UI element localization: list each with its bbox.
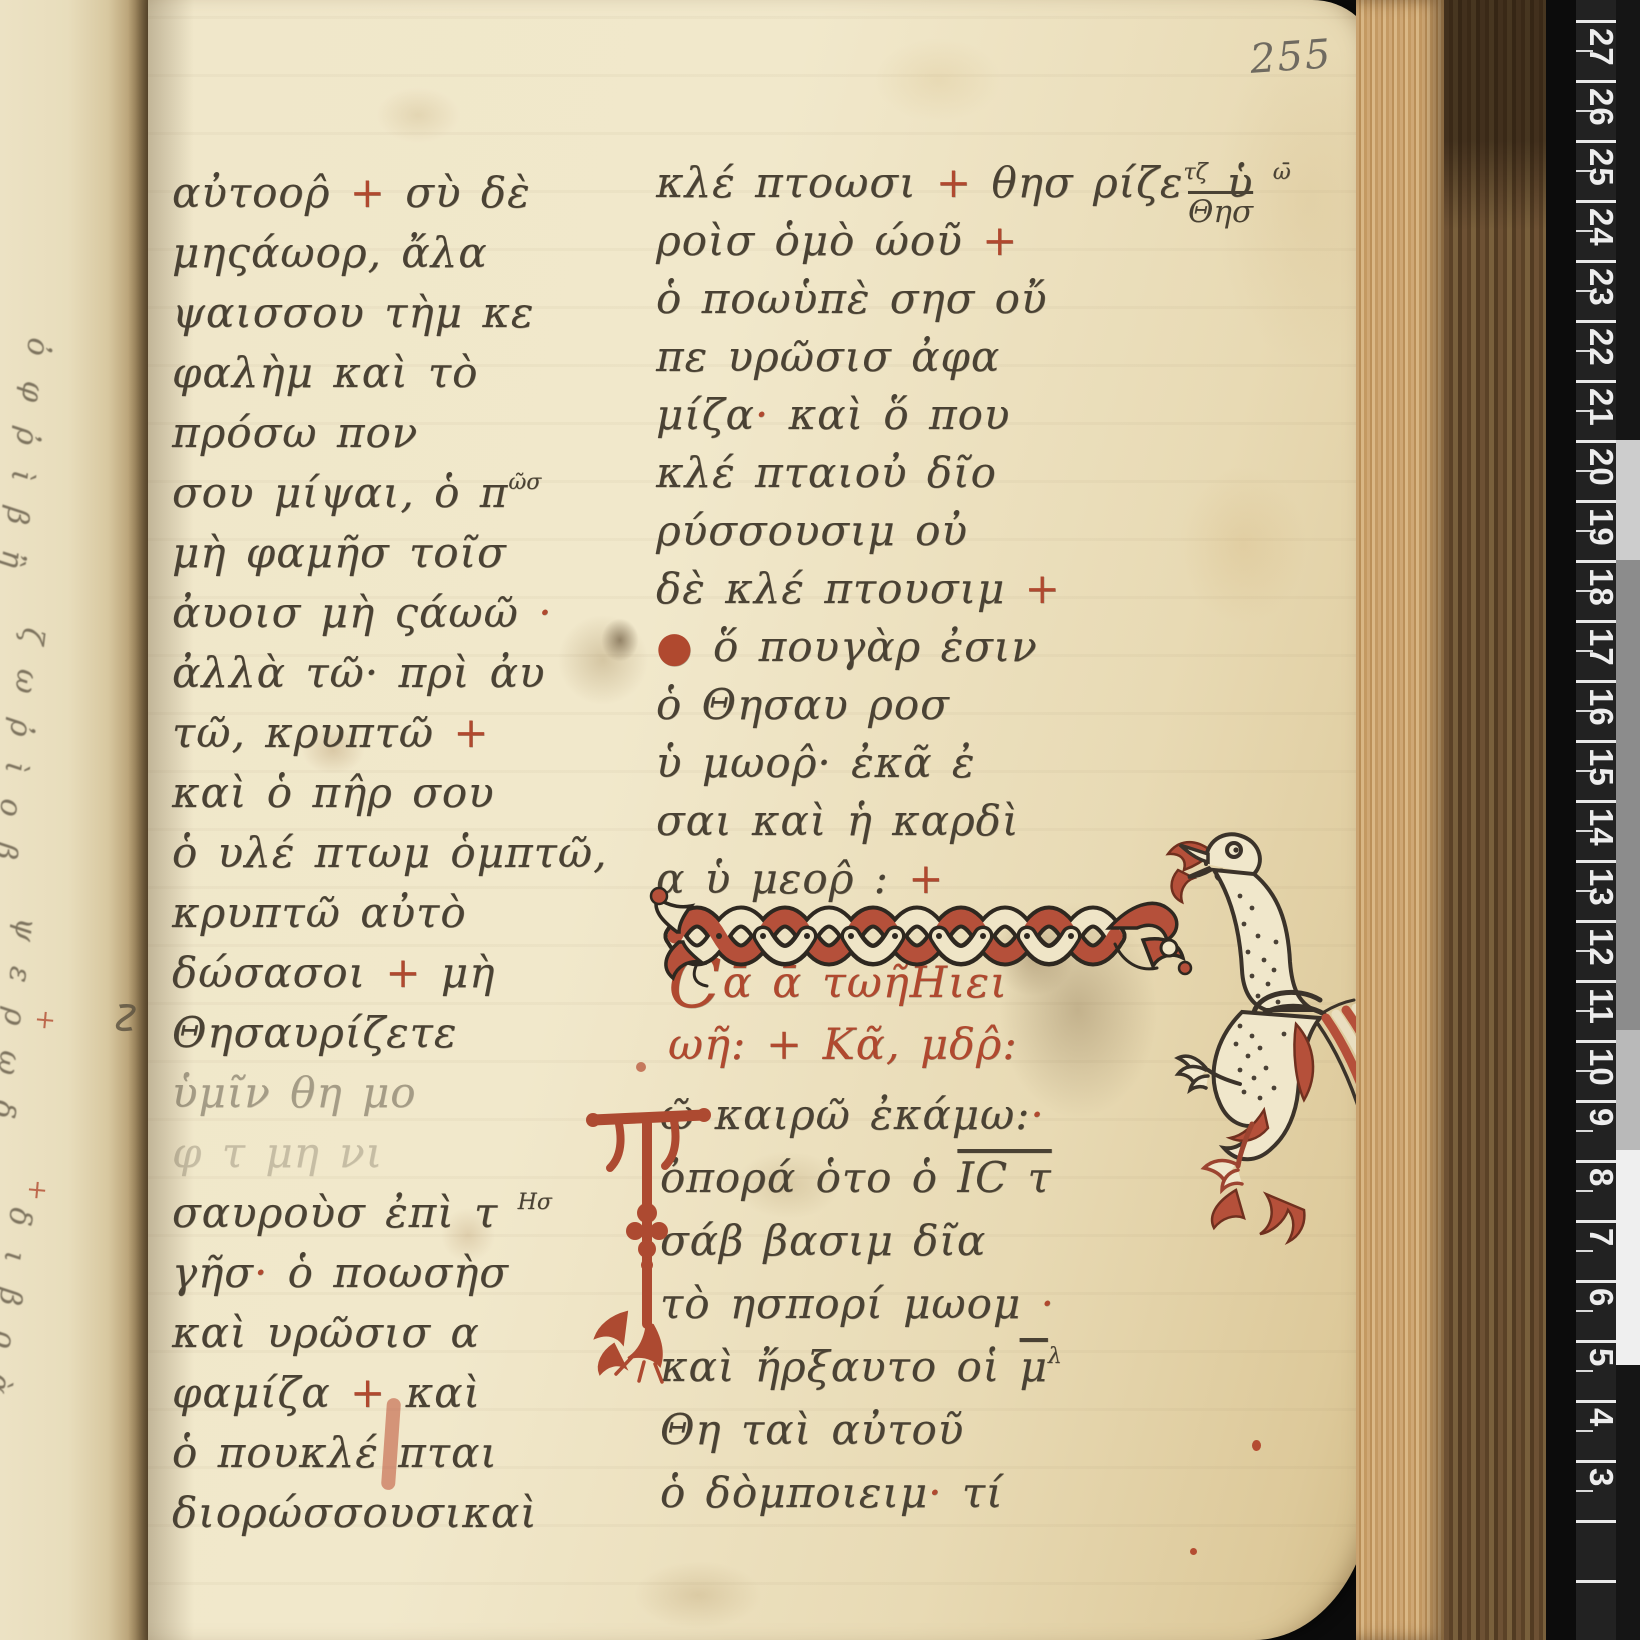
- ruler-cm-line: [1576, 920, 1618, 923]
- text-segment: πε υρῶσισ ἀφα: [656, 332, 1000, 381]
- text-segment: ροὶσ ὁμὸ ώοῦ: [656, 216, 982, 265]
- left-column-text: αὐτοορ̂ + σὺ δὲμηςάωορ, ἄλαψαισσου τὴμ κ…: [172, 168, 652, 1548]
- text-segment: σὺ δὲ: [386, 168, 531, 217]
- text-segment: καὶ ὁ πη̂ρ σου: [172, 768, 495, 817]
- ruler-cm-line: [1576, 1160, 1618, 1163]
- text-segment: ωῆ: + Κᾶ, μδρ̂:: [668, 1020, 1018, 1070]
- ruler-number: 10: [1582, 1048, 1620, 1087]
- ruler-half-tick: [1576, 1310, 1593, 1312]
- manuscript-line: ὑμῖν θη μο: [172, 1068, 652, 1128]
- text-segment: θησ ρίζε: [972, 158, 1183, 207]
- ruler-number: 15: [1582, 748, 1620, 787]
- manuscript-line: κρυπτῶ αὐτὸ: [172, 888, 652, 948]
- ruler-cm-line: [1576, 560, 1618, 563]
- manuscript-line: ἀυοισ μὴ ςάωῶ ·: [172, 588, 652, 648]
- facing-page-red-cross: +: [29, 1008, 61, 1032]
- calibration-patch: [1616, 1030, 1640, 1150]
- manuscript-line: σάβ βασιμ δῖα: [660, 1216, 1170, 1279]
- ruler-cm-line: [1576, 200, 1618, 203]
- ruler-cm-line: [1576, 1280, 1618, 1283]
- manuscript-line: Θησαυρίζετε: [172, 1008, 652, 1068]
- ruler-half-tick: [1576, 1190, 1593, 1192]
- ruler-number: 14: [1582, 808, 1620, 847]
- red-speck: [1190, 1548, 1197, 1555]
- manuscript-line: κλέ πταιοὐ δῖο: [656, 448, 1196, 506]
- ruler-number: 6: [1582, 1288, 1620, 1307]
- manuscript-line: ● ὅ πουγὰρ ἐσιν: [656, 622, 1196, 680]
- text-segment: μίζα: [656, 390, 755, 439]
- manuscript-line: αὐτοορ̂ + σὺ δὲ: [172, 168, 652, 228]
- ruler-cm-line: [1576, 620, 1618, 623]
- text-segment: γῆσ: [172, 1248, 254, 1297]
- text-segment: φαλὴμ καὶ τὸ: [172, 348, 478, 397]
- ruler-number: 9: [1582, 1108, 1620, 1127]
- text-segment: ·: [254, 1248, 268, 1297]
- right-column-upper-text: κλέ πτοωσι + θησ ρίζετζ ὑ ω̄ροὶσ ὁμὸ ώοῦ…: [656, 158, 1196, 912]
- calibration-patch: [1616, 1365, 1640, 1640]
- manuscript-line: ὑ μωορ̂· ἐκᾶ ἐ: [656, 738, 1196, 796]
- manuscript-line: σου μίψαι, ὁ πῶσ: [172, 468, 652, 528]
- ruler-cm-line: [1576, 500, 1618, 503]
- manuscript-line: ῶ καιρῶ ἐκάμω:·: [660, 1090, 1170, 1153]
- text-segment: μὴ: [422, 948, 496, 997]
- text-segment: +: [982, 216, 1018, 265]
- folio-number: 255: [1248, 31, 1333, 83]
- manuscript-line: Θη ταὶ αὐτοῦ: [660, 1405, 1170, 1468]
- text-segment: δώσασοι: [172, 948, 385, 997]
- manuscript-line: καὶ ἤρξαυτο οἱ μλ: [660, 1342, 1170, 1405]
- text-segment: ὅ πουγὰρ ἐσιν: [694, 622, 1038, 671]
- text-segment: τῶ, κρυπτῶ: [172, 708, 453, 757]
- text-segment: +: [385, 948, 421, 997]
- text-segment: ῶσ: [508, 470, 541, 495]
- text-segment: ·: [519, 588, 553, 637]
- text-segment: ὁ δὸμποιειμ: [660, 1468, 928, 1517]
- manuscript-line: ὁ δὸμποιειμ· τί: [660, 1468, 1170, 1531]
- facing-page-text: ὀ φ ῤ ὶ β ἢ: [0, 336, 56, 578]
- text-segment: +: [350, 1368, 386, 1417]
- ruler-number: 20: [1582, 448, 1620, 487]
- ruler-number: 7: [1582, 1228, 1620, 1247]
- text-segment: ὁ ποωὑπὲ σησ οὔ: [656, 274, 1047, 323]
- text-segment: +: [453, 708, 489, 757]
- manuscript-line: ψαισσου τὴμ κε: [172, 288, 652, 348]
- text-segment: Ησ: [518, 1190, 552, 1215]
- manuscript-line: σαυροὺσ ἐπὶ τ Ησ: [172, 1188, 652, 1248]
- ruler-half-tick: [1576, 1490, 1593, 1492]
- text-segment: ὑμῖν θη μο: [172, 1068, 417, 1117]
- facing-page-text: ζ ω ῤ ὶ ο β: [0, 626, 50, 870]
- manuscript-line: τῶ, κρυπτῶ +: [172, 708, 652, 768]
- hanging-word: Θησ: [1188, 194, 1253, 230]
- manuscript-line: ἀλλὰ τῶ· πρὶ ἀυ: [172, 648, 652, 708]
- manuscript-line: δὲ κλέ πτουσιμ +: [656, 564, 1196, 622]
- ruler-cm-line: [1576, 1340, 1618, 1343]
- red-speck: [636, 1062, 646, 1072]
- text-segment: ·: [1030, 1090, 1044, 1139]
- ruler-half-tick: [1576, 1130, 1593, 1132]
- manuscript-line: πρόσω πον: [172, 408, 652, 468]
- manuscript-line: ὁ ποωὑπὲ σησ οὔ: [656, 274, 1196, 332]
- ruler-cm-line: [1576, 860, 1618, 863]
- facing-page-red-cross: +: [21, 1178, 53, 1202]
- text-segment: τί: [943, 1468, 1004, 1517]
- ruler-cm-line: [1576, 800, 1618, 803]
- text-segment: πρόσω πον: [172, 408, 418, 457]
- ruler-cm-line: [1576, 1520, 1618, 1523]
- manuscript-line: μηςάωορ, ἄλα: [172, 228, 652, 288]
- text-segment: αὐτοορ̂: [172, 168, 350, 217]
- ruler-number: 25: [1582, 148, 1620, 187]
- interlace-band: [645, 878, 1205, 990]
- ruler-cm-line: [1576, 740, 1618, 743]
- manuscript-line: ὁ πουκλέ πται: [172, 1428, 652, 1488]
- text-segment: τζ: [1183, 160, 1207, 185]
- manuscript-line: μίζα· καὶ ὅ που: [656, 390, 1196, 448]
- text-segment: ὁ Θησαυ ροσ: [656, 680, 950, 729]
- ruler-cm-line: [1576, 260, 1618, 263]
- text-segment: κρυπτῶ αὐτὸ: [172, 888, 467, 937]
- manuscript-line: διορώσσουσικαὶ: [172, 1488, 652, 1548]
- text-segment: φαμίζα: [172, 1368, 350, 1417]
- calibration-patch: [1616, 560, 1640, 1030]
- manuscript-line: πε υρῶσισ ἀφα: [656, 332, 1196, 390]
- ruler-cm-line: [1576, 320, 1618, 323]
- text-segment: ·: [928, 1468, 942, 1517]
- manuscript-line: ὁ Θησαυ ροσ: [656, 680, 1196, 738]
- manuscript-line: τὸ ησπορί μωομ ·: [660, 1279, 1170, 1342]
- manuscript-line: ροὶσ ὁμὸ ώοῦ +: [656, 216, 1196, 274]
- right-column-lower-text: ῶ καιρῶ ἐκάμω:·ὀπορά ὁτο ὁ ΙC τσάβ βασιμ…: [660, 1090, 1170, 1531]
- text-segment: ·: [755, 390, 769, 439]
- ruler-cm-line: [1576, 1460, 1618, 1463]
- manuscript-line: καὶ υρῶσισ α: [172, 1308, 652, 1368]
- ruler-number: 21: [1582, 388, 1620, 427]
- text-segment: λ: [1048, 1344, 1062, 1369]
- manuscript-line: γῆσ· ὁ ποωσὴσ: [172, 1248, 652, 1308]
- text-segment: ῶ καιρῶ ἐκάμω:: [660, 1090, 1030, 1139]
- ruler-half-tick: [1576, 1370, 1593, 1372]
- text-segment: μὴ φαμῆσ τοῖσ: [172, 528, 507, 577]
- ruler-cm-line: [1576, 1580, 1618, 1583]
- ruler-number: 23: [1582, 268, 1620, 307]
- ruler-number: 8: [1582, 1168, 1620, 1187]
- text-segment: μ: [1020, 1342, 1048, 1391]
- text-segment: Θησαυρίζετε: [172, 1008, 457, 1057]
- ruler-number: 11: [1582, 988, 1620, 1025]
- calibration-patch: [1616, 440, 1640, 560]
- text-segment: σαι καὶ ἡ καρδὶ: [656, 796, 1019, 845]
- manuscript-line: ὁ υλέ πτωμ ὁμπτῶ,: [172, 828, 652, 888]
- page-edges: [1356, 0, 1444, 1640]
- ruler-cm-line: [1576, 140, 1618, 143]
- ruler-number: 13: [1582, 868, 1620, 907]
- text-segment: ΙC τ: [957, 1153, 1051, 1202]
- text-segment: καὶ: [386, 1368, 481, 1417]
- text-segment: ἀλλὰ τῶ· πρὶ ἀυ: [172, 648, 546, 697]
- text-segment: +: [1025, 564, 1061, 613]
- ruler-number: 16: [1582, 688, 1620, 727]
- ruler-number: 27: [1582, 28, 1620, 67]
- ruler-cm-line: [1576, 680, 1618, 683]
- manuscript-line: ὀπορά ὁτο ὁ ΙC τ: [660, 1153, 1170, 1216]
- text-segment: ψαισσου τὴμ κε: [172, 288, 534, 337]
- ruler-number: 5: [1582, 1348, 1620, 1367]
- manuscript-line: φαμίζα + καὶ: [172, 1368, 652, 1428]
- manuscript-line: σαι καὶ ἡ καρδὶ: [656, 796, 1196, 854]
- text-segment: σαυροὺσ ἐπὶ τ: [172, 1188, 518, 1237]
- ruler-cm-line: [1576, 1040, 1618, 1043]
- ruler-cm-line: [1576, 380, 1618, 383]
- ruler-cm-line: [1576, 20, 1618, 23]
- ruler-cm-line: [1576, 1220, 1618, 1223]
- ruler-number: 17: [1582, 628, 1620, 667]
- ruler-number: 26: [1582, 88, 1620, 127]
- ruler-number: 12: [1582, 928, 1620, 967]
- manuscript-line: κλέ πτοωσι + θησ ρίζετζ ὑ ω̄: [656, 158, 1196, 216]
- ruler-number: 19: [1582, 508, 1620, 547]
- ruler-number: 24: [1582, 208, 1620, 247]
- manuscript-line: ωῆ: + Κᾶ, μδρ̂:: [668, 1020, 1148, 1082]
- ruler-half-tick: [1576, 1430, 1593, 1432]
- text-segment: σου μίψαι, ὁ π: [172, 468, 508, 517]
- manuscript-photo: ὀ φ ῤ ὶ β ἢζ ω ῤ ὶ ο βψ ε ρ ω δδ ι β ρ ὰ…: [0, 0, 1640, 1640]
- ruler-number: 22: [1582, 328, 1620, 367]
- text-segment: ●: [656, 622, 694, 671]
- text-segment: ὁ υλέ πτωμ ὁμπτῶ,: [172, 828, 607, 877]
- facing-page-text: δ ι β ρ ὰ: [0, 1206, 38, 1404]
- text-segment: κλέ πταιοὐ δῖο: [656, 448, 997, 497]
- manuscript-line: φαλὴμ καὶ τὸ: [172, 348, 652, 408]
- text-segment: καὶ ὅ που: [769, 390, 1010, 439]
- ruler-half-tick: [1576, 1250, 1593, 1252]
- text-segment: κλέ πτοωσι: [656, 158, 936, 207]
- text-segment: ἀυοισ μὴ ςάωῶ: [172, 588, 519, 637]
- manuscript-line: φ τ μη νι: [172, 1128, 652, 1188]
- text-segment: καὶ υρῶσισ α: [172, 1308, 480, 1357]
- text-segment: δὲ κλέ πτουσιμ: [656, 564, 1025, 613]
- text-segment: ρύσσουσιμ οὐ: [656, 506, 968, 555]
- ruler-number: 18: [1582, 568, 1620, 607]
- text-segment: ὁ πουκλέ πται: [172, 1428, 498, 1477]
- manuscript-line: καὶ ὁ πη̂ρ σου: [172, 768, 652, 828]
- calibration-patch: [1616, 1150, 1640, 1365]
- initial-tau: [583, 1093, 715, 1385]
- calibration-patch: [1616, 0, 1640, 440]
- text-segment: μηςάωορ, ἄλα: [172, 228, 488, 277]
- text-segment: ω̄: [1273, 160, 1291, 185]
- ruler-number: 4: [1582, 1408, 1620, 1427]
- ruler-cm-line: [1576, 1100, 1618, 1103]
- manuscript-line: μὴ φαμῆσ τοῖσ: [172, 528, 652, 588]
- ruler-cm-line: [1576, 440, 1618, 443]
- ruler-cm-line: [1576, 980, 1618, 983]
- red-speck: [1252, 1440, 1261, 1451]
- text-segment: +: [936, 158, 972, 207]
- manuscript-line: ρύσσουσιμ οὐ: [656, 506, 1196, 564]
- ruler-cm-line: [1576, 1400, 1618, 1403]
- manuscript-line: δώσασοι + μὴ: [172, 948, 652, 1008]
- ruler-cm-line: [1576, 80, 1618, 83]
- text-segment: ·: [1021, 1279, 1055, 1328]
- text-segment: διορώσσουσικαὶ: [172, 1488, 538, 1537]
- text-segment: +: [350, 168, 386, 217]
- ruler-number: 3: [1582, 1468, 1620, 1487]
- text-segment: ὑ μωορ̂· ἐκᾶ ἐ: [656, 738, 975, 787]
- text-segment: φ τ μη νι: [172, 1128, 383, 1177]
- text-segment: Θη ταὶ αὐτοῦ: [660, 1405, 964, 1454]
- text-segment: ὁ ποωσὴσ: [268, 1248, 509, 1297]
- book-spine: [1444, 0, 1546, 1640]
- background-strip: [1546, 0, 1576, 1640]
